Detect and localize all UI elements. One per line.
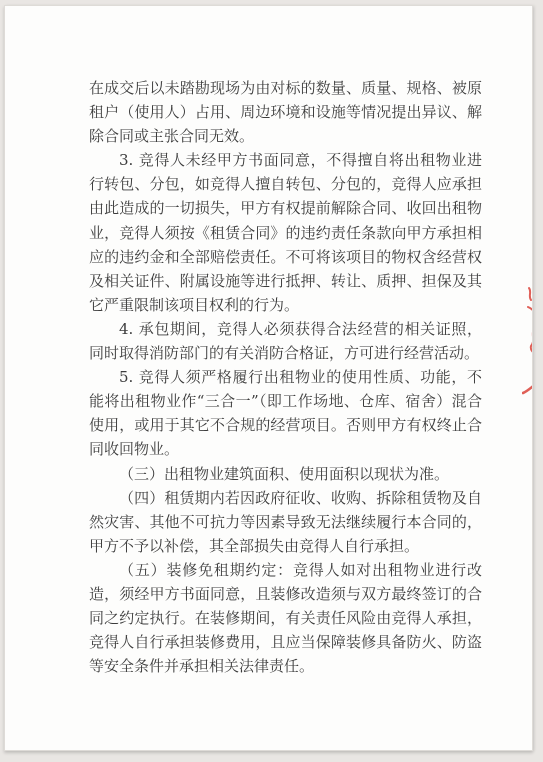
document-body: 在成交后以未踏勘现场为由对标的数量、质量、规格、被原租户（使用人）占用、周边环境… — [89, 76, 482, 678]
paragraph-clause-5: 5. 竞得人须严格履行出租物业的使用性质、功能，不能将出租物业作“三合一”（即工… — [89, 365, 482, 461]
paragraph-item-three: （三）出租物业建筑面积、使用面积以现状为准。 — [89, 462, 482, 486]
scan-background: 在成交后以未踏勘现场为由对标的数量、质量、规格、被原租户（使用人）占用、周边环境… — [0, 0, 543, 762]
paragraph-item-four: （四）租赁期内若因政府征收、收购、拆除租赁物及自然灾害、其他不可抗力等因素导致无… — [89, 486, 482, 558]
red-stamp-fragment-icon — [522, 380, 533, 395]
paragraph-clause-4: 4. 承包期间，竞得人必须获得合法经营的相关证照，同时取得消防部门的有关消防合格… — [89, 317, 482, 365]
red-stamp-fragment-icon — [525, 286, 533, 322]
paragraph-clause-3: 3. 竞得人未经甲方书面同意，不得擅自将出租物业进行转包、分包，如竞得人擅自转包… — [89, 148, 482, 317]
paragraph-item-five: （五）装修免租期约定：竞得人如对出租物业进行改造，须经甲方书面同意，且装修改造须… — [89, 558, 482, 678]
paragraph-continuation: 在成交后以未踏勘现场为由对标的数量、质量、规格、被原租户（使用人）占用、周边环境… — [89, 76, 482, 148]
document-page: 在成交后以未踏勘现场为由对标的数量、质量、规格、被原租户（使用人）占用、周边环境… — [4, 5, 533, 751]
red-stamp-fragment-icon — [526, 326, 533, 356]
